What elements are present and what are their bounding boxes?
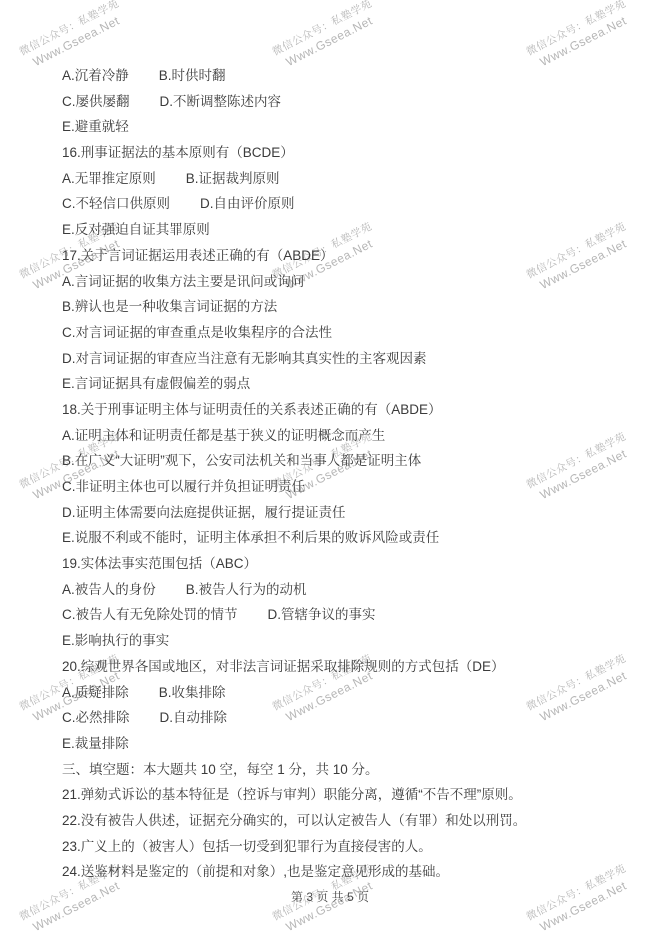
document-line: B.辨认也是一种收集言词证据的方法 xyxy=(62,294,526,320)
document-line: E.避重就轻 xyxy=(62,114,526,140)
watermark-text-cn: 微信公众号：私塾学苑 xyxy=(17,0,122,60)
text-segment: 19.实体法事实范围包括（ABC） xyxy=(62,551,257,577)
text-segment: A.言词证据的收集方法主要是讯问或询问 xyxy=(62,269,304,295)
page-number: 第 3 页 共 5 页 xyxy=(291,890,369,904)
document-line: E.影响执行的事实 xyxy=(62,628,526,654)
watermark-text-url: Www.Gseea.Net xyxy=(531,233,636,296)
text-segment: B.证据裁判原则 xyxy=(186,166,280,192)
text-segment: 17.关于言词证据运用表述正确的有（ABDE） xyxy=(62,243,334,269)
document-line: 22.没有被告人供述，证据充分确实的，可以认定被告人（有罪）和处以刑罚。 xyxy=(62,808,526,834)
text-segment: A.证明主体和证明责任都是基于狭义的证明概念而产生 xyxy=(62,423,385,449)
text-segment: A.沉着冷静 xyxy=(62,63,129,89)
text-segment: C.非证明主体也可以履行并负担证明责任 xyxy=(62,474,305,500)
document-line: A.言词证据的收集方法主要是讯问或询问 xyxy=(62,269,526,295)
text-segment: 16.刑事证据法的基本原则有（BCDE） xyxy=(62,140,294,166)
document-line: 24.送鉴材料是鉴定的（前提和对象）,也是鉴定意见形成的基础。 xyxy=(62,859,526,885)
page-footer: 第 3 页 共 5 页 xyxy=(0,888,660,905)
document-line: 18.关于刑事证明主体与证明责任的关系表述正确的有（ABDE） xyxy=(62,397,526,423)
document-line: A.无罪推定原则B.证据裁判原则 xyxy=(62,166,526,192)
watermark-text-url: Www.Gseea.Net xyxy=(531,665,636,728)
text-segment: E.说服不利或不能时，证明主体承担不利后果的败诉风险或责任 xyxy=(62,525,439,551)
text-segment: D.自动排除 xyxy=(160,705,228,731)
watermark-text-cn: 微信公众号：私塾学苑 xyxy=(524,220,629,283)
document-page: 微信公众号：私塾学苑Www.Gseea.Net微信公众号：私塾学苑Www.Gse… xyxy=(0,0,660,934)
text-segment: A.被告人的身份 xyxy=(62,577,156,603)
text-segment: D.管辖争议的事实 xyxy=(268,602,376,628)
text-segment: C.对言词证据的审查重点是收集程序的合法性 xyxy=(62,320,332,346)
document-line: C.被告人有无免除处罚的情节D.管辖争议的事实 xyxy=(62,602,526,628)
text-segment: E.裁量排除 xyxy=(62,731,129,757)
document-line: E.说服不利或不能时，证明主体承担不利后果的败诉风险或责任 xyxy=(62,525,526,551)
document-line: C.对言词证据的审查重点是收集程序的合法性 xyxy=(62,320,526,346)
document-line: D.证明主体需要向法庭提供证据，履行提证责任 xyxy=(62,500,526,526)
watermark-text-cn: 微信公众号：私塾学苑 xyxy=(524,430,629,493)
document-line: 三、填空题：本大题共 10 空，每空 1 分，共 10 分。 xyxy=(62,757,526,783)
text-segment: B.辨认也是一种收集言词证据的方法 xyxy=(62,294,277,320)
text-segment: 22.没有被告人供述，证据充分确实的，可以认定被告人（有罪）和处以刑罚。 xyxy=(62,808,526,834)
document-line: A.质疑排除B.收集排除 xyxy=(62,680,526,706)
text-segment: D.对言词证据的审查应当注意有无影响其真实性的主客观因素 xyxy=(62,346,427,372)
watermark-text-cn: 微信公众号：私塾学苑 xyxy=(270,0,375,60)
text-segment: D.证明主体需要向法庭提供证据，履行提证责任 xyxy=(62,500,346,526)
document-line: B.在广义“大证明”观下，公安司法机关和当事人都是证明主体 xyxy=(62,448,526,474)
text-segment: B.时供时翻 xyxy=(159,63,226,89)
watermark: 微信公众号：私塾学苑Www.Gseea.Net xyxy=(524,652,636,729)
document-line: C.不轻信口供原则D.自由评价原则 xyxy=(62,191,526,217)
document-line: A.沉着冷静B.时供时翻 xyxy=(62,63,526,89)
text-segment: A.质疑排除 xyxy=(62,680,129,706)
document-line: E.言词证据具有虚假偏差的弱点 xyxy=(62,371,526,397)
watermark-text-cn: 微信公众号：私塾学苑 xyxy=(524,0,629,60)
document-line: A.证明主体和证明责任都是基于狭义的证明概念而产生 xyxy=(62,423,526,449)
watermark: 微信公众号：私塾学苑Www.Gseea.Net xyxy=(524,430,636,507)
text-segment: B.收集排除 xyxy=(159,680,226,706)
text-segment: 24.送鉴材料是鉴定的（前提和对象）,也是鉴定意见形成的基础。 xyxy=(62,859,449,885)
watermark: 微信公众号：私塾学苑Www.Gseea.Net xyxy=(524,0,636,73)
document-line: 17.关于言词证据运用表述正确的有（ABDE） xyxy=(62,243,526,269)
document-body: A.沉着冷静B.时供时翻C.屡供屡翻D.不断调整陈述内容E.避重就轻16.刑事证… xyxy=(62,63,526,885)
text-segment: E.言词证据具有虚假偏差的弱点 xyxy=(62,371,250,397)
document-line: 23.广义上的（被害人）包括一切受到犯罪行为直接侵害的人。 xyxy=(62,834,526,860)
watermark: 微信公众号：私塾学苑Www.Gseea.Net xyxy=(524,220,636,297)
document-line: 20.综观世界各国或地区，对非法言词证据采取排除规则的方式包括（DE） xyxy=(62,654,526,680)
document-line: E.反对强迫自证其罪原则 xyxy=(62,217,526,243)
text-segment: B.被告人行为的动机 xyxy=(186,577,307,603)
document-line: A.被告人的身份B.被告人行为的动机 xyxy=(62,577,526,603)
text-segment: 20.综观世界各国或地区，对非法言词证据采取排除规则的方式包括（DE） xyxy=(62,654,505,680)
document-line: C.屡供屡翻D.不断调整陈述内容 xyxy=(62,89,526,115)
text-segment: C.屡供屡翻 xyxy=(62,89,130,115)
watermark-text-url: Www.Gseea.Net xyxy=(531,10,636,73)
text-segment: 18.关于刑事证明主体与证明责任的关系表述正确的有（ABDE） xyxy=(62,397,442,423)
document-line: 16.刑事证据法的基本原则有（BCDE） xyxy=(62,140,526,166)
text-segment: 23.广义上的（被害人）包括一切受到犯罪行为直接侵害的人。 xyxy=(62,834,432,860)
document-line: 19.实体法事实范围包括（ABC） xyxy=(62,551,526,577)
text-segment: 21.弹劾式诉讼的基本特征是（控诉与审判）职能分离，遵循“不告不理”原则。 xyxy=(62,782,522,808)
text-segment: E.避重就轻 xyxy=(62,114,129,140)
watermark-text-url: Www.Gseea.Net xyxy=(531,443,636,506)
text-segment: 三、填空题：本大题共 10 空，每空 1 分，共 10 分。 xyxy=(62,757,379,783)
text-segment: D.不断调整陈述内容 xyxy=(160,89,282,115)
watermark-text-cn: 微信公众号：私塾学苑 xyxy=(524,652,629,715)
text-segment: C.必然排除 xyxy=(62,705,130,731)
text-segment: B.在广义“大证明”观下，公安司法机关和当事人都是证明主体 xyxy=(62,448,421,474)
document-line: C.必然排除D.自动排除 xyxy=(62,705,526,731)
text-segment: A.无罪推定原则 xyxy=(62,166,156,192)
text-segment: E.影响执行的事实 xyxy=(62,628,169,654)
document-line: 21.弹劾式诉讼的基本特征是（控诉与审判）职能分离，遵循“不告不理”原则。 xyxy=(62,782,526,808)
text-segment: D.自由评价原则 xyxy=(200,191,295,217)
text-segment: C.被告人有无免除处罚的情节 xyxy=(62,602,238,628)
document-line: E.裁量排除 xyxy=(62,731,526,757)
document-line: D.对言词证据的审查应当注意有无影响其真实性的主客观因素 xyxy=(62,346,526,372)
document-line: C.非证明主体也可以履行并负担证明责任 xyxy=(62,474,526,500)
text-segment: E.反对强迫自证其罪原则 xyxy=(62,217,210,243)
text-segment: C.不轻信口供原则 xyxy=(62,191,170,217)
